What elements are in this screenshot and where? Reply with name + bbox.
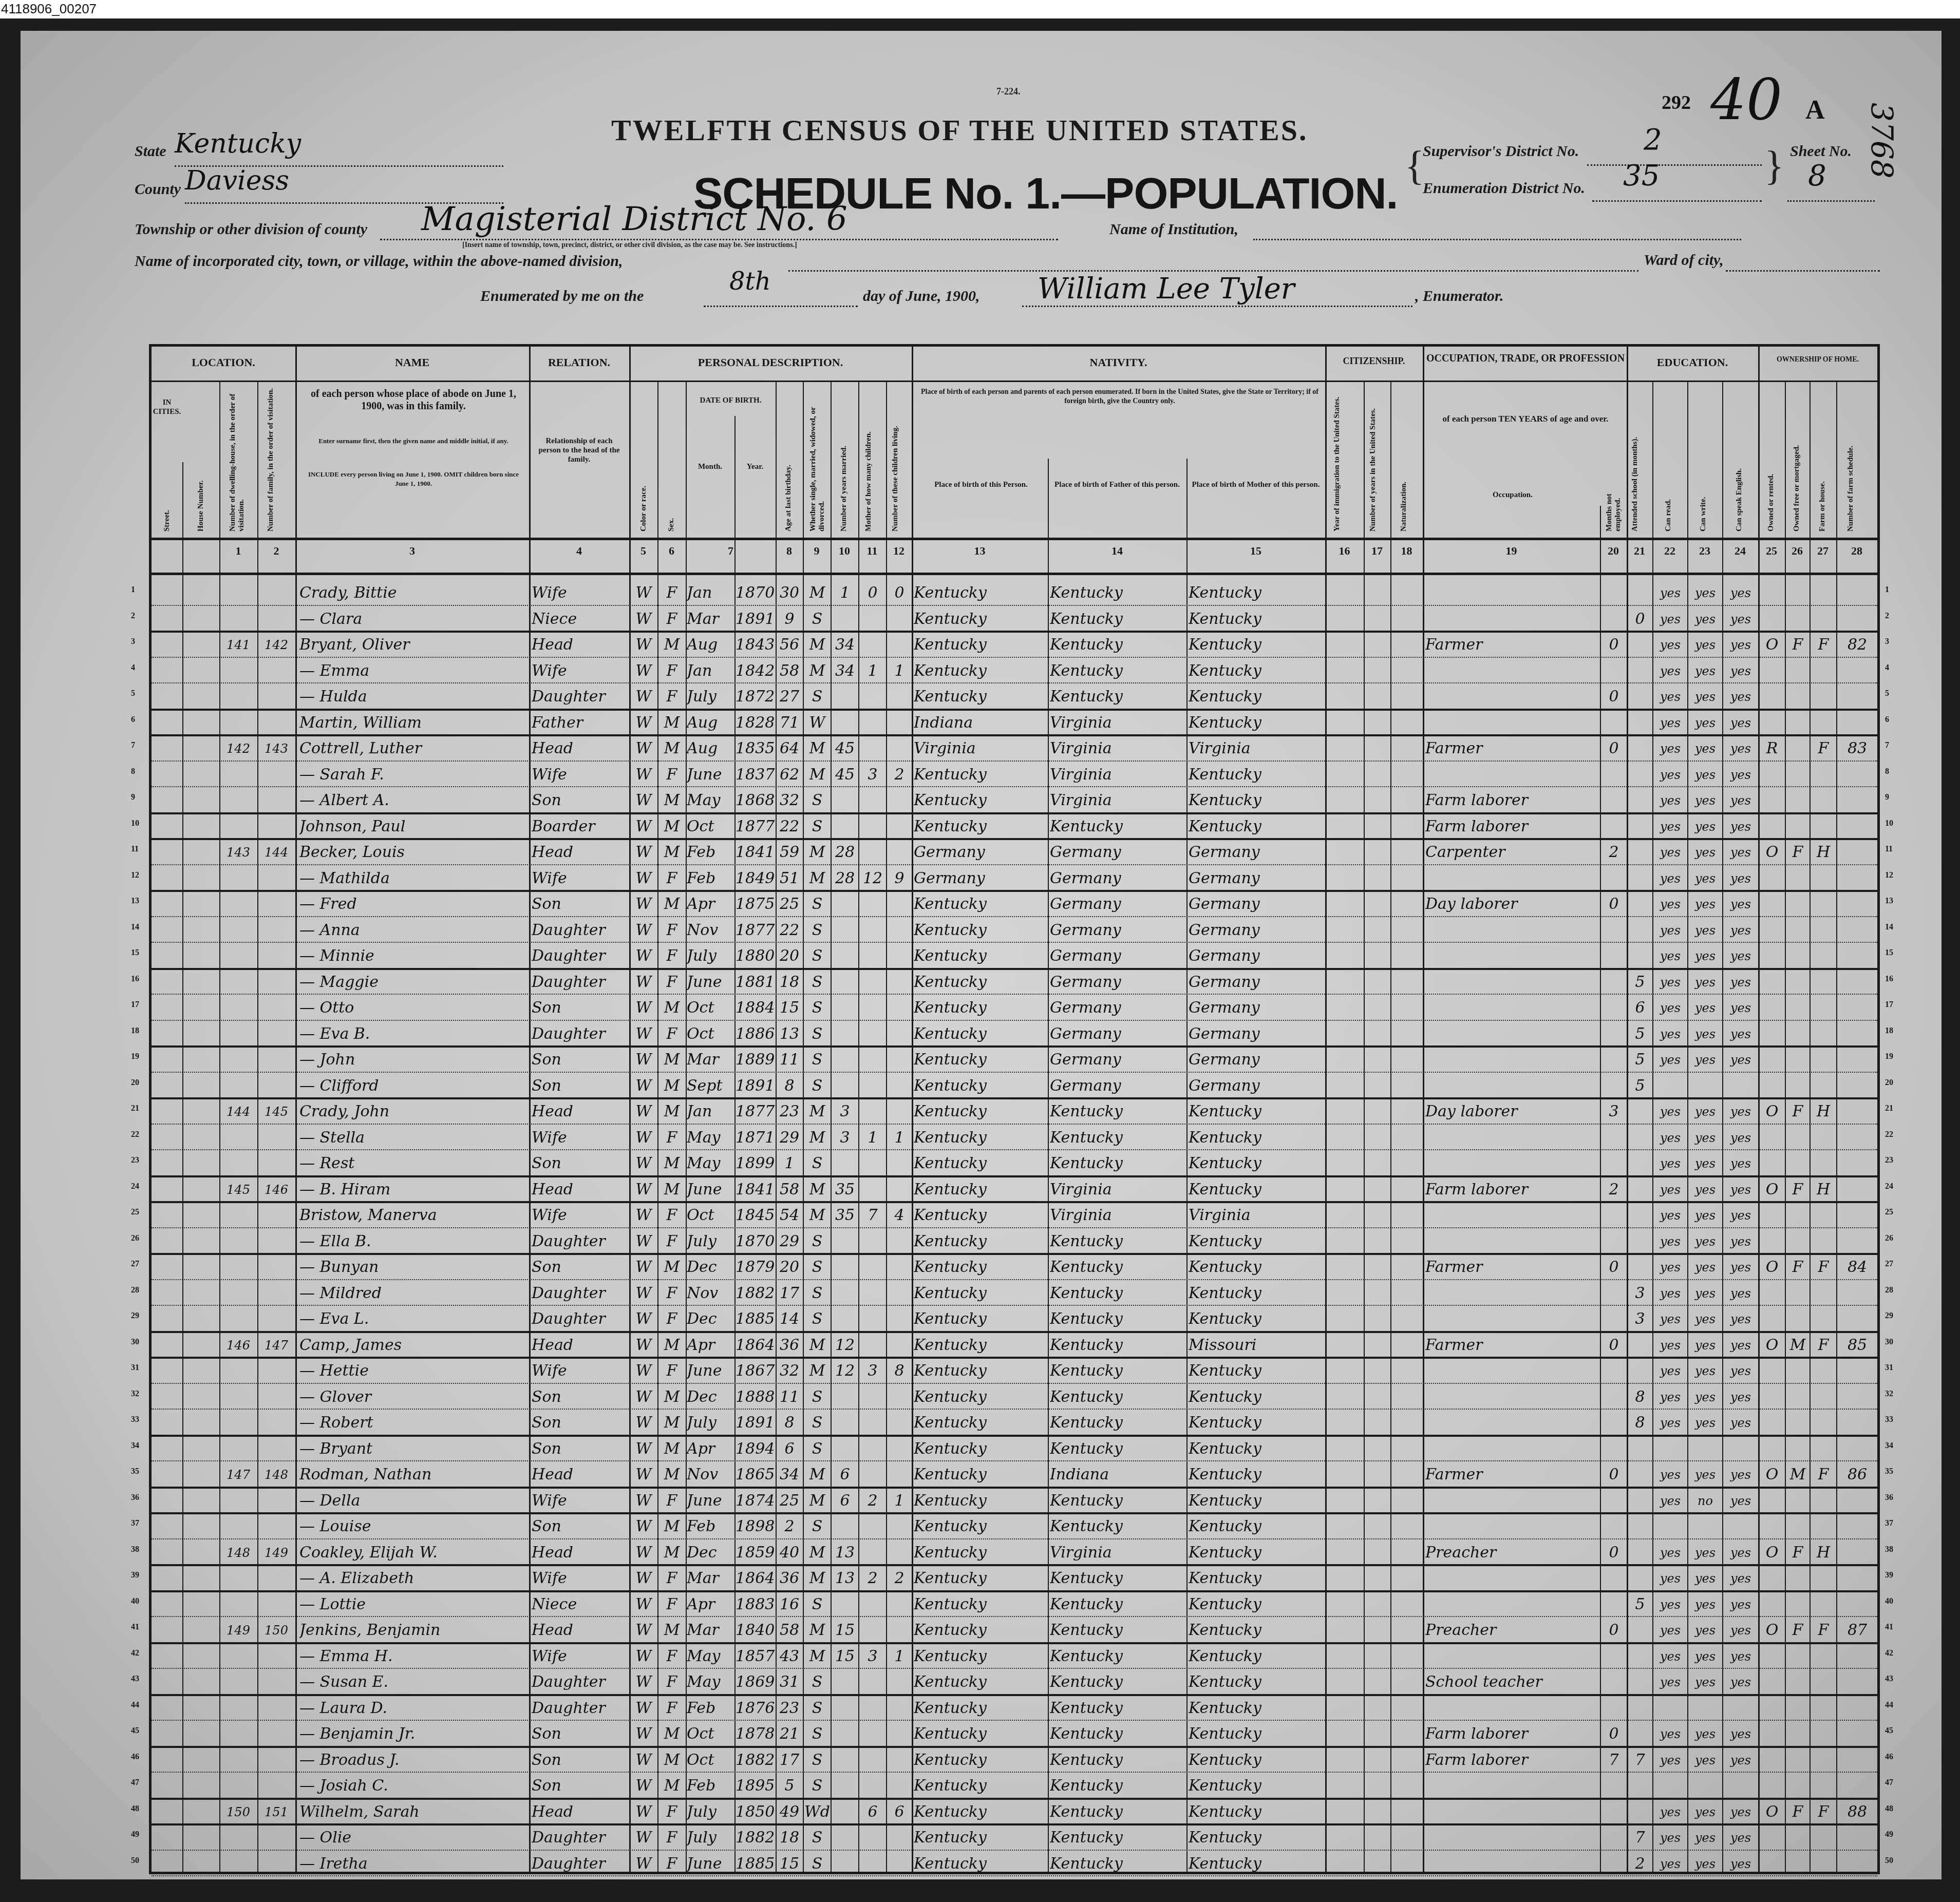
farm-schedule-cell <box>1837 1723 1877 1745</box>
mother-of-cell <box>859 1542 886 1564</box>
birthplace-person-cell: Kentucky <box>914 1100 1047 1123</box>
birthplace-person-cell: Kentucky <box>914 1075 1047 1097</box>
table-row: — HuldaDaughterWFJuly187227SKentuckyKent… <box>152 682 1877 711</box>
line-number: 1 <box>1885 585 1889 595</box>
owned-rented-cell <box>1759 1412 1785 1434</box>
birth-year-cell: 1872 <box>736 686 776 708</box>
family-number-cell <box>257 997 295 1019</box>
dwelling-number-cell <box>219 1386 257 1409</box>
dwelling-number-cell <box>219 893 257 916</box>
can-speak-english-cell <box>1723 1775 1758 1797</box>
relation-cell: Head <box>532 1100 628 1123</box>
farm-house-cell <box>1811 1075 1836 1097</box>
free-mortgaged-cell <box>1786 737 1810 760</box>
table-row: — DellaWifeWFJune187425M621KentuckyKentu… <box>152 1487 1877 1515</box>
dwelling-number-cell: 146 <box>219 1334 257 1357</box>
line-number: 47 <box>131 1778 139 1787</box>
birth-year-cell: 1888 <box>736 1386 776 1409</box>
family-number-cell <box>257 789 295 812</box>
color-race-cell: W <box>630 1230 657 1253</box>
line-number: 1 <box>131 585 135 595</box>
person-name-cell: — Bryant <box>299 1438 528 1460</box>
free-mortgaged-header: Owned free or mortgaged. <box>1793 388 1801 531</box>
owned-rented-cell <box>1759 582 1785 604</box>
years-married-cell <box>832 1697 858 1720</box>
owned-rented-cell <box>1759 1593 1785 1616</box>
farm-house-cell <box>1811 1671 1836 1694</box>
years-married-cell <box>832 1230 858 1253</box>
marital-status-cell: Wd <box>804 1801 831 1823</box>
years-married-cell: 12 <box>832 1334 858 1357</box>
can-speak-english-cell: yes <box>1723 945 1758 967</box>
dwelling-number-cell <box>219 867 257 890</box>
mother-of-cell <box>859 815 886 838</box>
column-number: 20 <box>1600 544 1627 558</box>
years-married-cell <box>832 1749 858 1772</box>
birth-year-cell: 1840 <box>736 1619 776 1642</box>
attended-school-cell: 7 <box>1628 1749 1652 1772</box>
children-living-cell: 6 <box>887 1801 912 1823</box>
months-unemployed-cell: 0 <box>1601 737 1627 760</box>
years-married-cell <box>832 997 858 1019</box>
column-number: 14 <box>1048 544 1186 558</box>
marital-status-cell: M <box>804 1567 831 1590</box>
years-married-cell <box>832 1049 858 1071</box>
attended-school-cell <box>1628 1178 1652 1201</box>
can-read-cell: yes <box>1653 737 1687 760</box>
birth-month-cell: Dec <box>687 1386 734 1409</box>
birthplace-mother-cell: Kentucky <box>1189 1308 1325 1330</box>
table-row: — HettieWifeWFJune186732M1238KentuckyKen… <box>152 1357 1877 1384</box>
township-line <box>380 239 1058 240</box>
line-number: 16 <box>1885 975 1893 984</box>
months-unemployed-cell <box>1601 1127 1627 1149</box>
free-mortgaged-cell <box>1786 1749 1810 1772</box>
owned-rented-cell <box>1759 1490 1785 1512</box>
supervisor-value: 2 <box>1644 123 1662 157</box>
can-write-cell <box>1688 1515 1722 1538</box>
table-row: — MinnieDaughterWFJuly188020SKentuckyGer… <box>152 942 1877 970</box>
person-name-cell: — Clifford <box>299 1075 528 1097</box>
free-mortgaged-cell: F <box>1786 634 1810 656</box>
marital-status-cell: M <box>804 737 831 760</box>
column-number: 27 <box>1810 544 1836 558</box>
can-speak-english-cell: yes <box>1723 1749 1758 1772</box>
farm-house-cell <box>1811 1645 1836 1668</box>
birth-month-cell: Aug <box>687 712 734 734</box>
farm-house-cell: F <box>1811 1463 1836 1486</box>
farm-house-cell <box>1811 1515 1836 1538</box>
children-living-cell: 1 <box>887 660 912 682</box>
birth-month-cell: Apr <box>687 1593 734 1616</box>
can-read-cell: yes <box>1653 1049 1687 1071</box>
family-number-cell: 142 <box>257 634 295 656</box>
family-number-cell <box>257 971 295 994</box>
farm-house-cell: F <box>1811 1619 1836 1642</box>
years-married-cell <box>832 893 858 916</box>
can-speak-english-cell: yes <box>1723 971 1758 994</box>
farm-house-cell <box>1811 1049 1836 1071</box>
table-row: — GloverSonWMDec188811SKentuckyKentuckyK… <box>152 1383 1877 1410</box>
birth-year-cell: 1891 <box>736 608 776 631</box>
children-living-cell <box>887 1386 912 1409</box>
person-name-cell: — Anna <box>299 919 528 942</box>
birth-year-cell: 1879 <box>736 1256 776 1279</box>
children-living-cell <box>887 919 912 942</box>
column-number: 23 <box>1687 544 1722 558</box>
marital-status-cell: M <box>804 1360 831 1382</box>
can-write-cell: yes <box>1688 1542 1722 1564</box>
person-name-cell: — Clara <box>299 608 528 631</box>
birthplace-mother-cell: Germany <box>1189 1075 1325 1097</box>
occupation-cell <box>1425 919 1599 942</box>
marital-status-cell: S <box>804 1282 831 1305</box>
birth-month-cell: Sept <box>687 1075 734 1097</box>
relation-cell: Wife <box>532 1645 628 1668</box>
sex-cell: M <box>658 1334 685 1357</box>
line-number: 8 <box>131 767 135 776</box>
children-living-cell <box>887 1412 912 1434</box>
children-living-cell <box>887 815 912 838</box>
line-number: 14 <box>1885 923 1893 932</box>
table-row: 143144Becker, LouisHeadWMFeb184159M28Ger… <box>152 838 1877 865</box>
can-write-cell: yes <box>1688 893 1722 916</box>
dwelling-number-cell <box>219 686 257 708</box>
birthplace-father-cell: Kentucky <box>1050 1671 1186 1694</box>
color-race-cell: W <box>630 1542 657 1564</box>
can-write-cell: yes <box>1688 1282 1722 1305</box>
can-read-cell: yes <box>1653 997 1687 1019</box>
months-unemployed-cell <box>1601 1075 1627 1097</box>
farm-house-cell: H <box>1811 1542 1836 1564</box>
family-number-cell <box>257 1723 295 1745</box>
attended-school-cell: 5 <box>1628 1049 1652 1071</box>
column-number: 10 <box>831 544 858 558</box>
marital-status-cell: M <box>804 1645 831 1668</box>
line-number: 19 <box>1885 1052 1893 1061</box>
person-name-cell: — Bunyan <box>299 1256 528 1279</box>
sheet-value: 8 <box>1808 159 1826 193</box>
birthplace-person-cell: Kentucky <box>914 1567 1047 1590</box>
years-married-cell: 6 <box>832 1463 858 1486</box>
enumerator-name: William Lee Tyler <box>1038 272 1295 306</box>
ed-label: Enumeration District No. <box>1423 180 1585 197</box>
institution-label: Name of Institution, <box>1109 221 1238 238</box>
birthplace-person-cell: Kentucky <box>914 1671 1047 1694</box>
birth-month-cell: June <box>687 1490 734 1512</box>
dwelling-number-cell: 143 <box>219 841 257 864</box>
person-name-cell: — Eva B. <box>299 1023 528 1045</box>
birthplace-mother-cell: Kentucky <box>1189 1775 1325 1797</box>
color-race-cell: W <box>630 1515 657 1538</box>
farm-schedule-cell <box>1837 1282 1877 1305</box>
sex-cell: F <box>658 1853 685 1875</box>
occupation-cell: Farmer <box>1425 737 1599 760</box>
farm-schedule-cell <box>1837 1386 1877 1409</box>
can-speak-english-cell: yes <box>1723 1827 1758 1849</box>
can-speak-english-cell <box>1723 1515 1758 1538</box>
owned-rented-cell <box>1759 893 1785 916</box>
farm-house-cell <box>1811 867 1836 890</box>
age-cell: 58 <box>777 1178 802 1201</box>
can-speak-english-cell: yes <box>1723 1723 1758 1745</box>
color-race-cell: W <box>630 582 657 604</box>
column-number: 8 <box>776 544 803 558</box>
line-number: 29 <box>1885 1311 1893 1321</box>
attended-school-cell: 8 <box>1628 1386 1652 1409</box>
age-cell: 36 <box>777 1567 802 1590</box>
children-living-cell: 2 <box>887 764 912 786</box>
color-race-cell: W <box>630 1463 657 1486</box>
farm-schedule-cell <box>1837 1697 1877 1720</box>
years-married-cell <box>832 1075 858 1097</box>
children-living-cell: 1 <box>887 1645 912 1668</box>
dwelling-number-cell <box>219 1723 257 1745</box>
children-living-cell <box>887 1334 912 1357</box>
birthplace-father-cell: Kentucky <box>1050 634 1186 656</box>
header-bottom-rule <box>152 538 1877 540</box>
attended-school-cell: 5 <box>1628 1075 1652 1097</box>
children-living-cell <box>887 1671 912 1694</box>
farm-schedule-cell <box>1837 1827 1877 1849</box>
can-speak-english-cell: yes <box>1723 1463 1758 1486</box>
column-number: 5 <box>629 544 657 558</box>
marital-status-cell: S <box>804 815 831 838</box>
relation-cell: Son <box>532 893 628 916</box>
birthplace-person-cell: Kentucky <box>914 815 1047 838</box>
sex-cell: M <box>658 1075 685 1097</box>
name-include-omit: INCLUDE every person living on June 1, 1… <box>306 470 521 488</box>
relation-cell: Niece <box>532 1593 628 1616</box>
age-cell: 64 <box>777 737 802 760</box>
birthplace-mother-cell: Kentucky <box>1189 1438 1325 1460</box>
owned-rented-cell <box>1759 1775 1785 1797</box>
line-number: 24 <box>131 1182 139 1191</box>
line-number: 33 <box>131 1415 139 1424</box>
age-cell: 15 <box>777 1853 802 1875</box>
township-value: Magisterial District No. 6 <box>421 200 847 238</box>
dwelling-number-cell <box>219 1567 257 1590</box>
form-number: 7-224. <box>996 86 1021 97</box>
birth-year-cell: 1875 <box>736 893 776 916</box>
person-name-cell: — Emma H. <box>299 1645 528 1668</box>
free-mortgaged-cell <box>1786 1386 1810 1409</box>
family-number-cell <box>257 1490 295 1512</box>
can-write-cell: yes <box>1688 1178 1722 1201</box>
owned-rented-cell <box>1759 1049 1785 1071</box>
children-living-cell: 1 <box>887 1490 912 1512</box>
occupation-cell <box>1425 867 1599 890</box>
relation-cell: Head <box>532 737 628 760</box>
marital-status-cell: M <box>804 841 831 864</box>
children-living-cell: 8 <box>887 1360 912 1382</box>
farm-schedule-cell <box>1837 1152 1877 1175</box>
relation-cell: Daughter <box>532 1853 628 1875</box>
age-cell: 40 <box>777 1542 802 1564</box>
can-write-cell: yes <box>1688 1853 1722 1875</box>
family-number-cell: 150 <box>257 1619 295 1642</box>
color-race-cell: W <box>630 1593 657 1616</box>
attended-school-cell <box>1628 1230 1652 1253</box>
birth-year-cell: 1885 <box>736 1308 776 1330</box>
dwelling-number-cell <box>219 997 257 1019</box>
attended-school-cell <box>1628 1360 1652 1382</box>
birthplace-father-cell: Germany <box>1050 919 1186 942</box>
table-row: 147148Rodman, NathanHeadWMNov186534M6Ken… <box>152 1460 1877 1489</box>
color-race-cell: W <box>630 764 657 786</box>
owned-rented-cell: O <box>1759 1542 1785 1564</box>
line-number: 10 <box>1885 819 1893 828</box>
marital-status-cell: M <box>804 1463 831 1486</box>
can-speak-english-cell: yes <box>1723 1542 1758 1564</box>
marital-status-cell: S <box>804 971 831 994</box>
color-race-cell: W <box>630 1749 657 1772</box>
farm-house-header: Farm or house. <box>1818 424 1827 531</box>
table-row: — MildredDaughterWFNov188217SKentuckyKen… <box>152 1279 1877 1306</box>
age-cell: 34 <box>777 1463 802 1486</box>
age-cell: 11 <box>777 1386 802 1409</box>
free-mortgaged-cell: F <box>1786 1256 1810 1279</box>
marital-status-cell: S <box>804 997 831 1019</box>
table-row: — CliffordSonWMSept18918SKentuckyGermany… <box>152 1072 1877 1100</box>
table-row: — Eva B.DaughterWFOct188613SKentuckyGerm… <box>152 1020 1877 1048</box>
can-speak-english-cell: yes <box>1723 634 1758 656</box>
color-race-cell: W <box>630 1697 657 1720</box>
can-speak-english-cell: yes <box>1723 1671 1758 1694</box>
attended-school-cell: 5 <box>1628 1593 1652 1616</box>
birthplace-father-cell: Virginia <box>1050 1178 1186 1201</box>
census-title: TWELFTH CENSUS OF THE UNITED STATES. <box>611 113 1308 147</box>
free-mortgaged-cell <box>1786 608 1810 631</box>
family-number-cell: 145 <box>257 1100 295 1123</box>
line-number: 36 <box>131 1493 139 1502</box>
mother-of-cell <box>859 1152 886 1175</box>
free-mortgaged-cell <box>1786 1282 1810 1305</box>
table-row: — FredSonWMApr187525SKentuckyGermanyGerm… <box>152 890 1877 917</box>
city-line <box>788 270 1638 272</box>
attended-school-cell: 2 <box>1628 1853 1652 1875</box>
farm-schedule-cell <box>1837 1749 1877 1772</box>
farm-schedule-cell <box>1837 764 1877 786</box>
marital-status-cell: M <box>804 867 831 890</box>
relation-cell: Daughter <box>532 919 628 942</box>
months-unemployed-cell <box>1601 1827 1627 1849</box>
line-number: 41 <box>1885 1623 1893 1632</box>
months-unemployed-header: Months not employed. <box>1605 470 1624 531</box>
birthplace-mother-cell: Germany <box>1189 841 1325 864</box>
occupation-cell: Farm laborer <box>1425 815 1599 838</box>
table-row: — RestSonWMMay18991SKentuckyKentuckyKent… <box>152 1149 1877 1177</box>
attended-school-cell <box>1628 1567 1652 1590</box>
family-number-cell <box>257 1593 295 1616</box>
can-speak-english-cell: yes <box>1723 1152 1758 1175</box>
can-read-cell: yes <box>1653 1334 1687 1357</box>
age-cell: 43 <box>777 1645 802 1668</box>
color-race-cell: W <box>630 997 657 1019</box>
attended-school-cell <box>1628 1671 1652 1694</box>
relation-cell: Son <box>532 1386 628 1409</box>
birthplace-father-cell: Kentucky <box>1050 686 1186 708</box>
can-write-cell: yes <box>1688 1049 1722 1071</box>
months-unemployed-cell <box>1601 867 1627 890</box>
occupation-cell <box>1425 1230 1599 1253</box>
can-read-cell: yes <box>1653 1100 1687 1123</box>
occupation-cell <box>1425 712 1599 734</box>
family-number-cell <box>257 1567 295 1590</box>
children-living-cell <box>887 1152 912 1175</box>
months-unemployed-cell <box>1601 971 1627 994</box>
birthplace-person-cell: Kentucky <box>914 971 1047 994</box>
table-row: — Ella B.DaughterWFJuly187029SKentuckyKe… <box>152 1227 1877 1256</box>
marital-status-cell: S <box>804 1023 831 1045</box>
family-number-cell <box>257 815 295 838</box>
family-number-cell <box>257 945 295 967</box>
person-name-cell: — John <box>299 1049 528 1071</box>
can-speak-english-cell: yes <box>1723 815 1758 838</box>
family-number-cell <box>257 1671 295 1694</box>
birth-year-cell: 1891 <box>736 1412 776 1434</box>
birth-month-cell: May <box>687 789 734 812</box>
owned-rented-cell <box>1759 1204 1785 1227</box>
age-cell: 8 <box>777 1075 802 1097</box>
years-married-cell: 15 <box>832 1619 858 1642</box>
age-cell: 11 <box>777 1049 802 1071</box>
person-name-cell: Crady, Bittie <box>299 582 528 604</box>
mother-of-cell <box>859 1515 886 1538</box>
birth-year-cell: 1870 <box>736 582 776 604</box>
owned-rented-cell <box>1759 660 1785 682</box>
mother-of-cell <box>859 997 886 1019</box>
months-unemployed-cell <box>1601 1360 1627 1382</box>
farm-schedule-cell <box>1837 1567 1877 1590</box>
years-married-cell <box>832 919 858 942</box>
farm-house-cell: H <box>1811 1100 1836 1123</box>
name-instructions: Enter surname first, then the given name… <box>306 436 521 446</box>
free-mortgaged-cell <box>1786 1490 1810 1512</box>
birthplace-father-cell: Kentucky <box>1050 1308 1186 1330</box>
dwelling-number-cell <box>219 815 257 838</box>
line-number: 42 <box>1885 1649 1893 1658</box>
years-married-cell <box>832 945 858 967</box>
birth-month-cell: Nov <box>687 919 734 942</box>
sex-cell: F <box>658 1827 685 1849</box>
children-living-cell <box>887 1463 912 1486</box>
birth-month-cell: Feb <box>687 1775 734 1797</box>
farm-house-cell <box>1811 1282 1836 1305</box>
relation-cell: Son <box>532 789 628 812</box>
months-unemployed-cell <box>1601 1697 1627 1720</box>
color-race-cell: W <box>630 712 657 734</box>
mother-of-cell <box>859 1049 886 1071</box>
column-number: 25 <box>1758 544 1785 558</box>
free-mortgaged-cell <box>1786 815 1810 838</box>
can-write-cell: yes <box>1688 1256 1722 1279</box>
months-unemployed-cell <box>1601 945 1627 967</box>
birth-month-cell: Mar <box>687 1049 734 1071</box>
can-speak-english-cell: yes <box>1723 582 1758 604</box>
attended-school-cell <box>1628 919 1652 942</box>
family-number-cell <box>257 1645 295 1668</box>
birthplace-mother-cell: Kentucky <box>1189 1619 1325 1642</box>
marital-status-cell: S <box>804 1853 831 1875</box>
can-write-cell <box>1688 1075 1722 1097</box>
farm-schedule-cell <box>1837 1204 1877 1227</box>
naturalization-header: Naturalization. <box>1400 424 1408 531</box>
color-race-cell: W <box>630 1723 657 1745</box>
birthplace-father-cell: Virginia <box>1050 737 1186 760</box>
can-write-cell: yes <box>1688 1023 1722 1045</box>
birth-year-cell: 1877 <box>736 815 776 838</box>
